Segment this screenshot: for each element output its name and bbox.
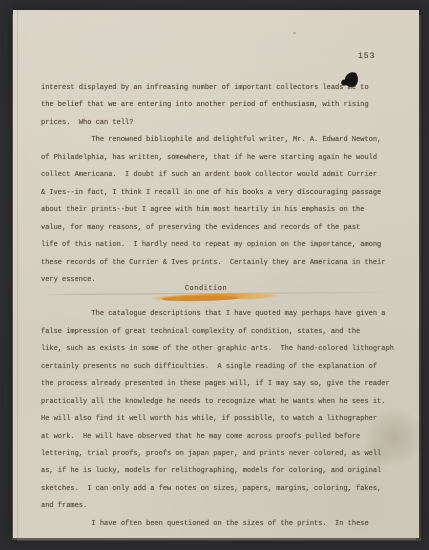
paper-stain-small: [358, 442, 392, 470]
page-body: interest displayed by an infreasing numb…: [41, 80, 407, 533]
paper-speck: [293, 32, 296, 34]
paragraph-3: The catalogue descriptions that I have q…: [41, 306, 407, 515]
paragraph-4: I have often been questioned on the size…: [41, 516, 407, 533]
page-edge-line: [17, 10, 18, 538]
photo-background: 153 interest displayed by an infreasing …: [0, 0, 429, 550]
section-heading: Condition: [41, 281, 371, 298]
paragraph-2: The renowned bibliophile and delightful …: [41, 132, 407, 289]
paragraph-1: interest displayed by an infreasing numb…: [41, 80, 407, 132]
document-page: 153 interest displayed by an infreasing …: [13, 10, 419, 538]
page-number: 153: [358, 52, 375, 61]
